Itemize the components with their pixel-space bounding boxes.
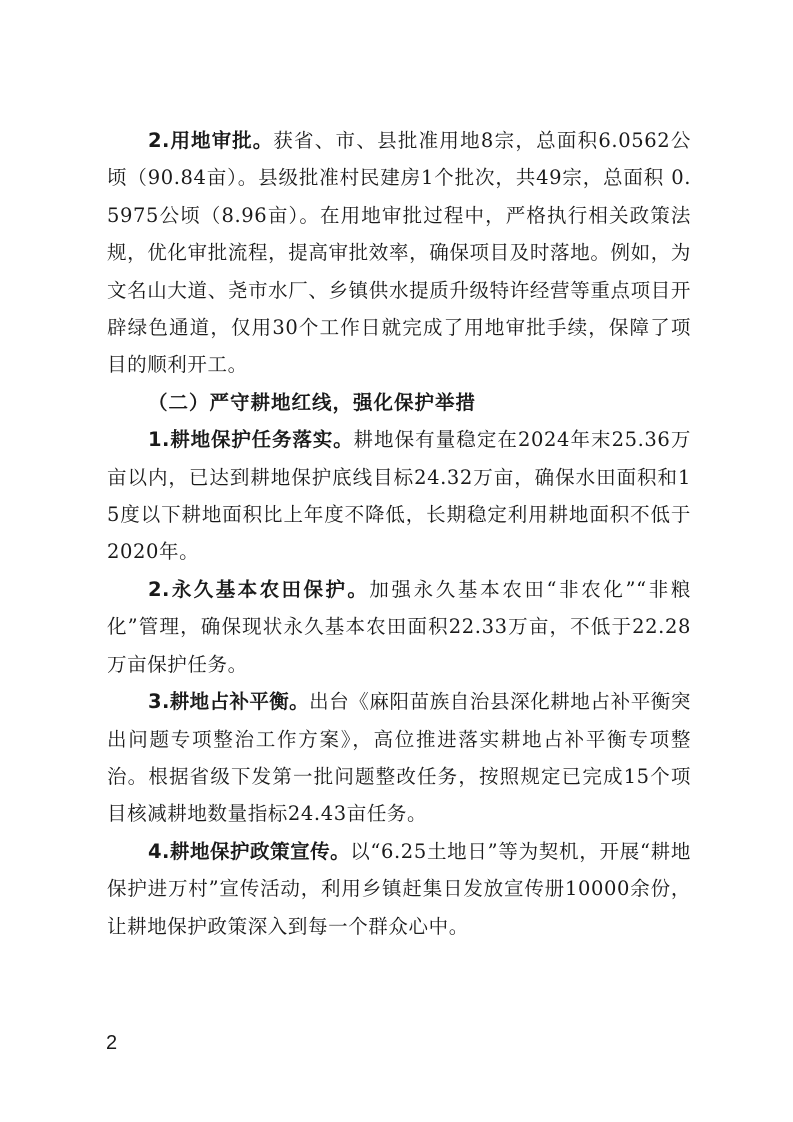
paragraph-lead: 2.永久基本农田保护。 [148,578,369,601]
section-heading: （二）严守耕地红线，强化保护举措 [107,384,691,421]
paragraph-farmland-task: 1.耕地保护任务落实。耕地保有量稳定在2024年末25.36万亩以内，已达到耕地… [107,421,691,571]
paragraph-lead: 1.耕地保护任务落实。 [148,428,354,451]
document-body: 2.用地审批。获省、市、县批准用地8宗，总面积6.0562公顷（90.84亩）。… [107,122,691,945]
paragraph-lead: 3.耕地占补平衡。 [148,690,309,713]
paragraph-occupation-balance: 3.耕地占补平衡。出台《麻阳苗族自治县深化耕地占补平衡突出问题专项整治工作方案》… [107,683,691,833]
page-number: 2 [106,1032,117,1055]
paragraph-lead: 4.耕地保护政策宣传。 [148,840,350,863]
paragraph-text: 获省、市、县批准用地8宗，总面积6.0562公顷（90.84亩）。县级批准村民建… [107,129,691,376]
paragraph-policy-publicity: 4.耕地保护政策宣传。以“6.25土地日”等为契机，开展“耕地保护进万村”宣传活… [107,833,691,945]
paragraph-land-approval: 2.用地审批。获省、市、县批准用地8宗，总面积6.0562公顷（90.84亩）。… [107,122,691,384]
paragraph-basic-farmland: 2.永久基本农田保护。加强永久基本农田“非农化”“非粮化”管理，确保现状永久基本… [107,571,691,683]
paragraph-lead: 2.用地审批。 [148,129,273,152]
